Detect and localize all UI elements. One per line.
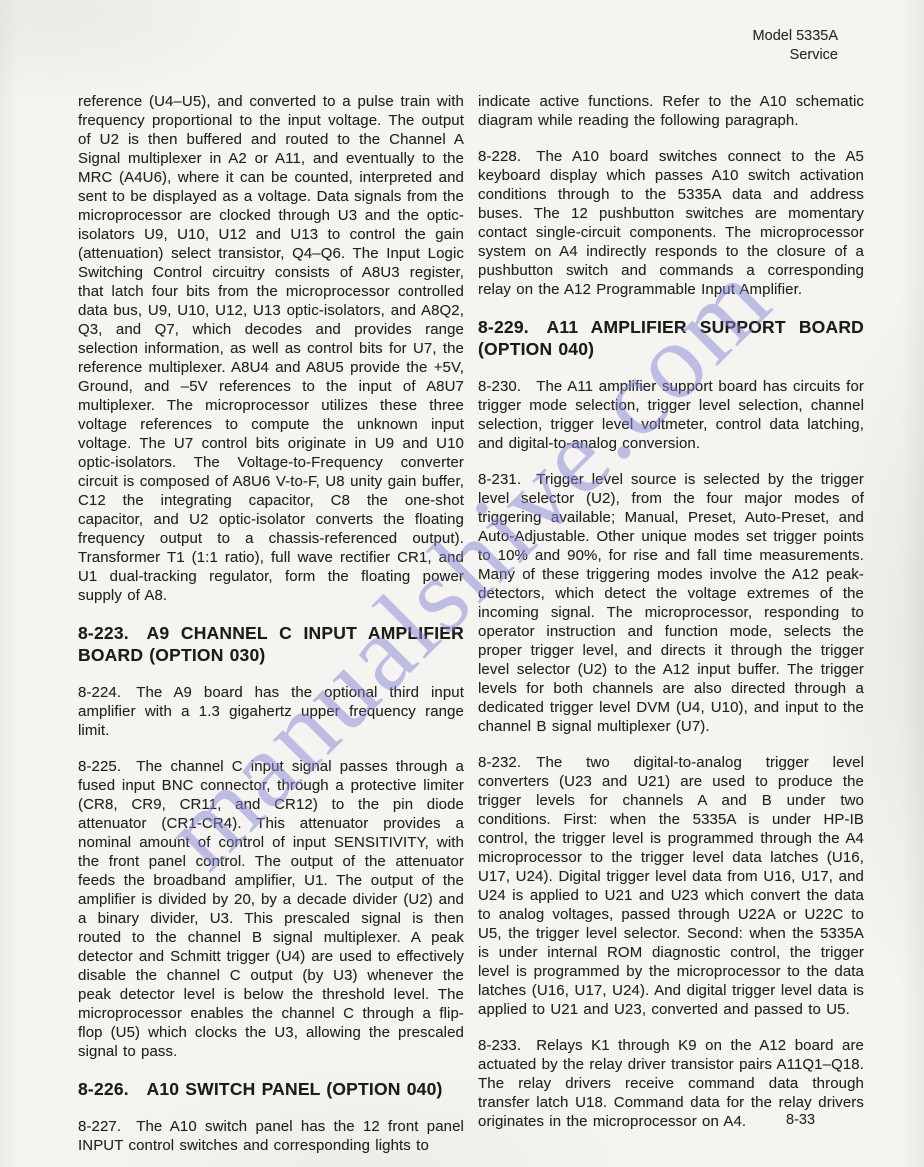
left-column: reference (U4–U5), and converted to a pu… bbox=[78, 92, 464, 1167]
paragraph-8-232: 8-232. The two digital-to-analog trigger… bbox=[478, 753, 864, 1019]
heading-8-226: 8-226. A10 SWITCH PANEL (OPTION 040) bbox=[78, 1078, 464, 1100]
paragraph-8-230: 8-230. The A11 amplifier support board h… bbox=[478, 377, 864, 453]
paragraph-continued: reference (U4–U5), and converted to a pu… bbox=[78, 92, 464, 605]
heading-8-229: 8-229. A11 AMPLIFIER SUPPORT BOARD (OPTI… bbox=[478, 316, 864, 360]
paragraph-8-231: 8-231. Trigger level source is selected … bbox=[478, 470, 864, 736]
manual-page: Model 5335A Service reference (U4–U5), a… bbox=[0, 0, 924, 1167]
paragraph-8-227: 8-227. The A10 switch panel has the 12 f… bbox=[78, 1117, 464, 1155]
header-section: Service bbox=[753, 46, 838, 65]
heading-8-223: 8-223. A9 CHANNEL C INPUT AMPLIFIER BOAR… bbox=[78, 622, 464, 666]
page-number: 8-33 bbox=[786, 1112, 815, 1128]
paragraph-8-225: 8-225. The channel C input signal passes… bbox=[78, 757, 464, 1061]
paragraph-8-227-continued: indicate active functions. Refer to the … bbox=[478, 92, 864, 130]
paragraph-8-224: 8-224. The A9 board has the optional thi… bbox=[78, 683, 464, 740]
right-column: indicate active functions. Refer to the … bbox=[478, 92, 864, 1148]
paragraph-8-228: 8-228. The A10 board switches connect to… bbox=[478, 147, 864, 299]
page-header: Model 5335A Service bbox=[753, 27, 838, 65]
header-model: Model 5335A bbox=[753, 27, 838, 46]
